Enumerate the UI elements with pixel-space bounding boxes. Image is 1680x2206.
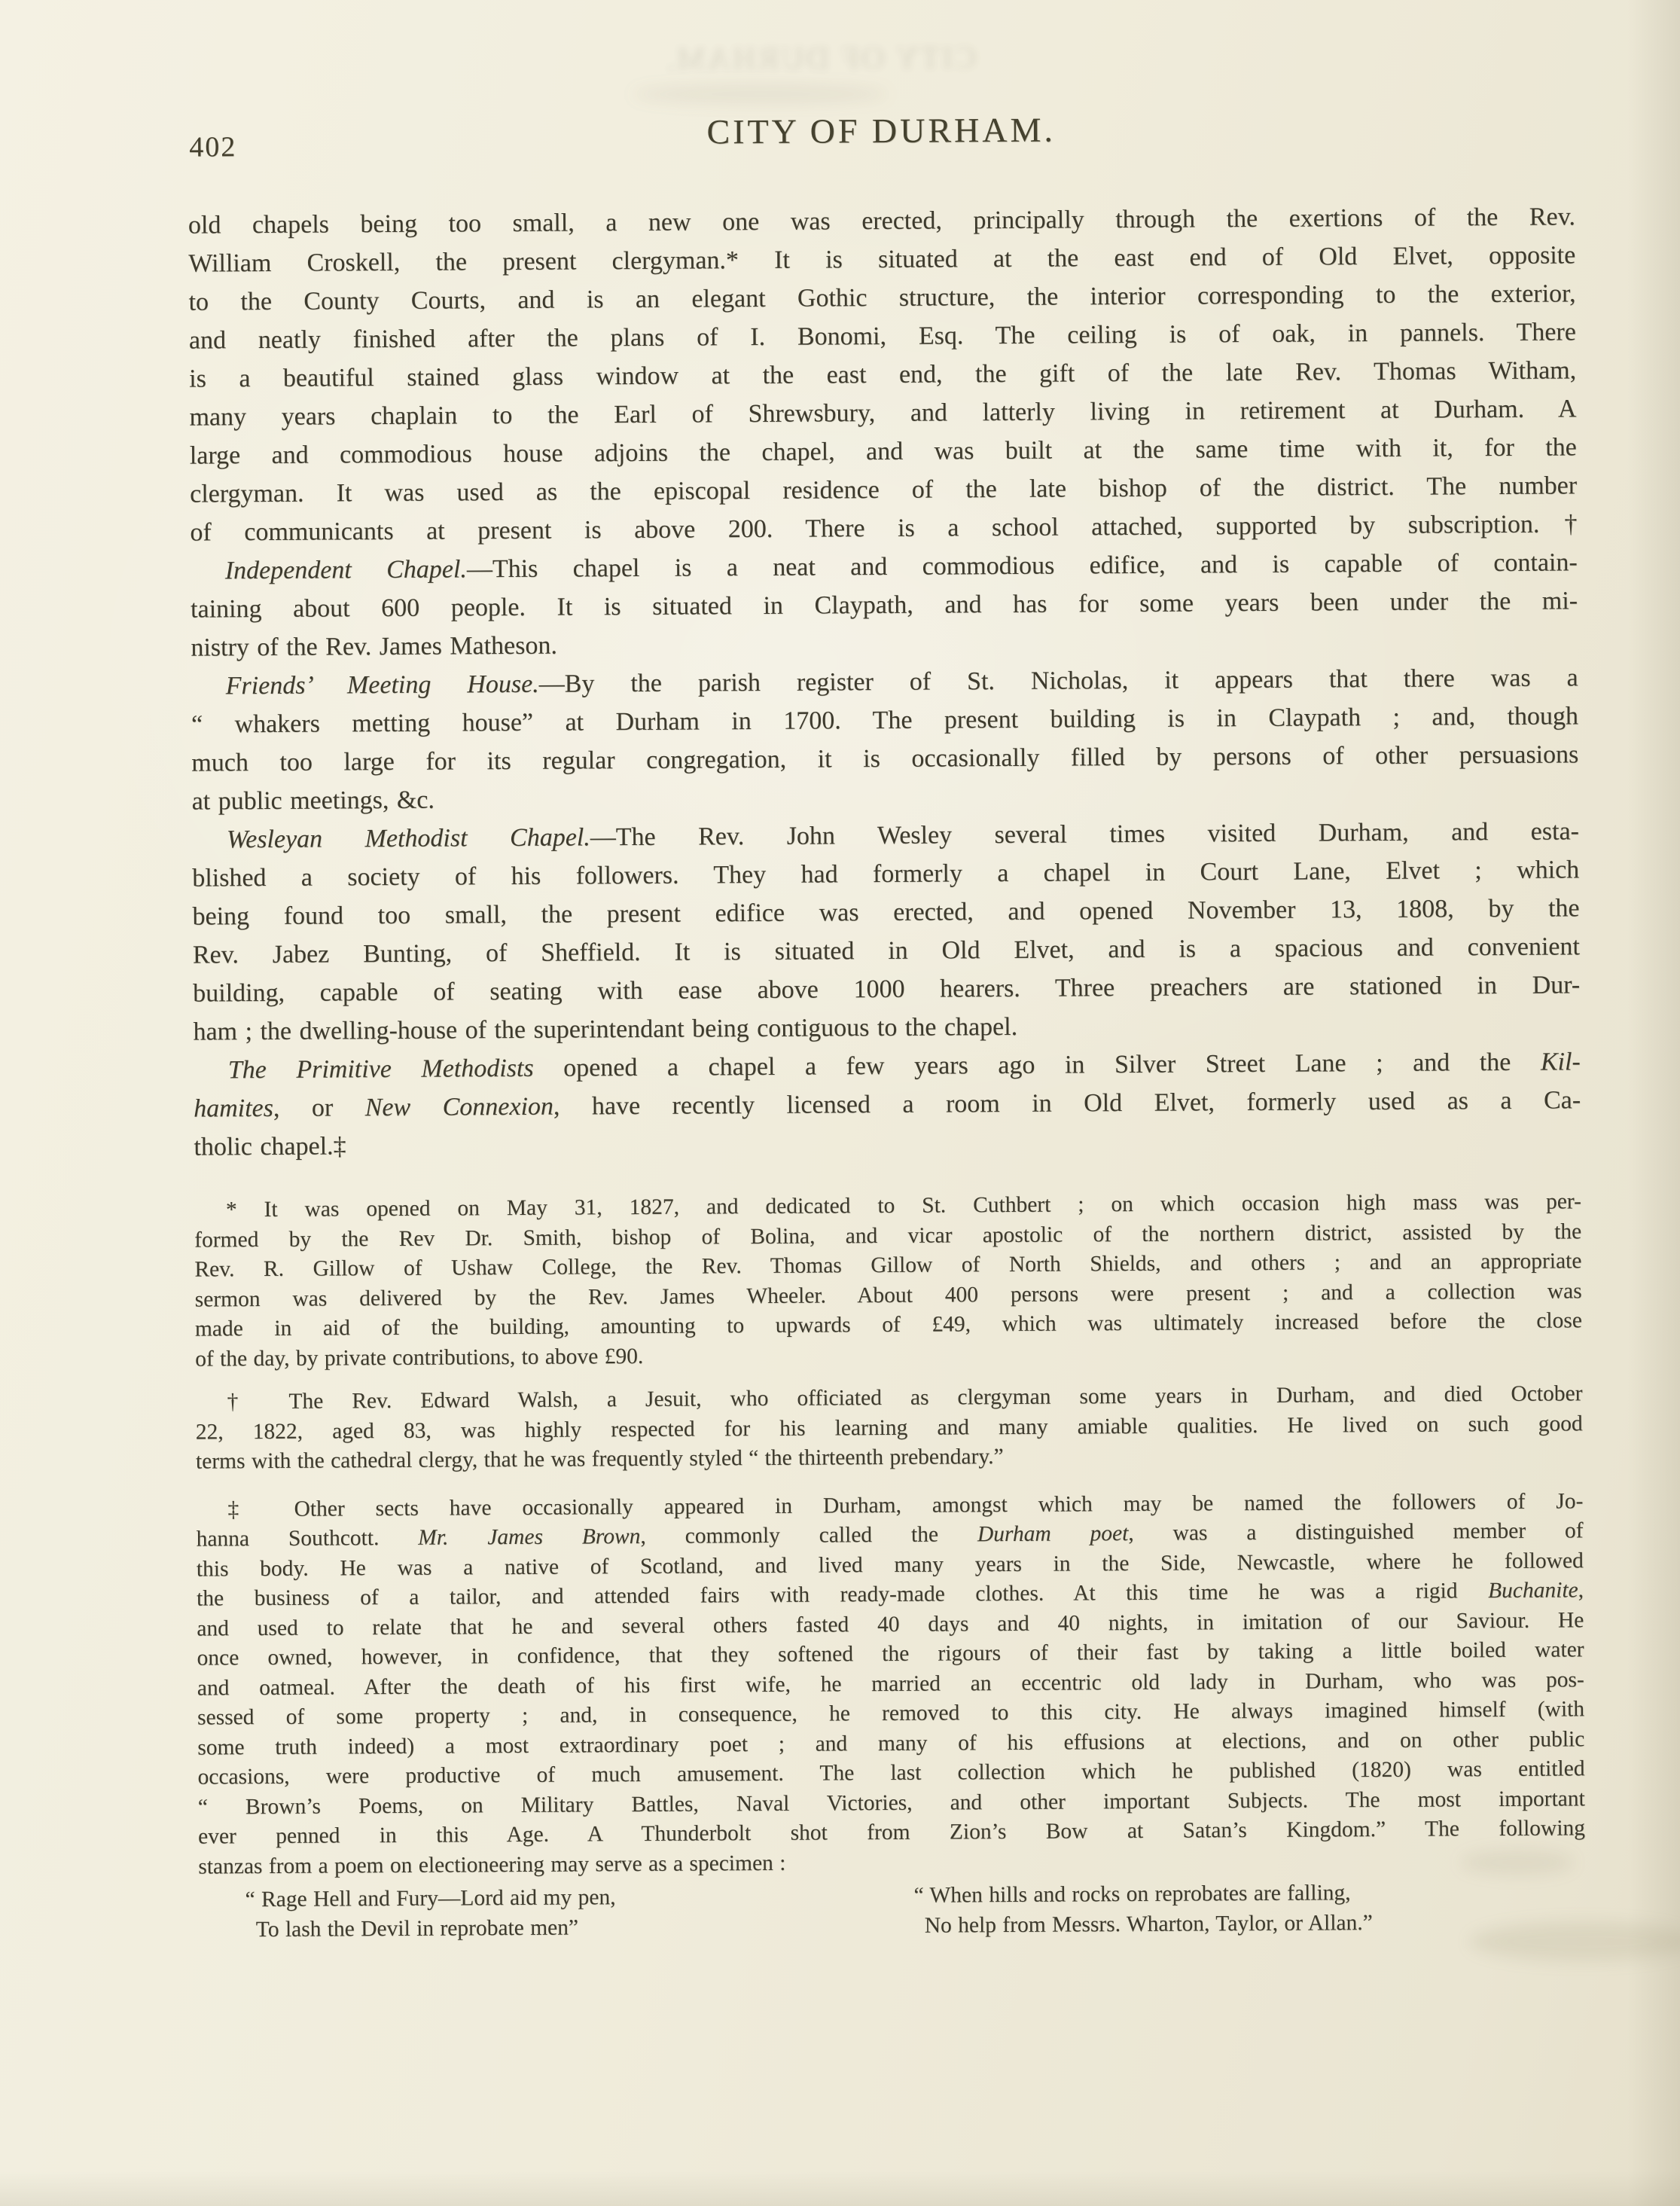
body-text: old chapels being too small, a new one w… <box>188 197 1581 1166</box>
page-content: CITY OF DURHAM. 402 CITY OF DURHAM. old … <box>187 0 1587 2206</box>
text-segment: , commonly called the <box>640 1522 977 1548</box>
verse-line: No help from Messrs. Wharton, Taylor, or… <box>914 1908 1373 1941</box>
text-segment: hanna Southcott. <box>197 1526 419 1552</box>
text-segment: , have recently licensed a room in Old E… <box>553 1086 1581 1120</box>
text-segment: sessed of some property ; and, in conseq… <box>197 1697 1584 1729</box>
text-segment: the business of a tailor, and attended f… <box>197 1579 1488 1610</box>
italic-text: Mr. James Brown <box>418 1524 640 1550</box>
italic-text: The Primitive Methodists <box>228 1054 534 1084</box>
text-segment: and neatly finished after the plans of I… <box>189 318 1576 354</box>
text-segment: of the day, by private contributions, to… <box>195 1344 643 1371</box>
text-segment: and oatmeal. After the death of his firs… <box>197 1667 1584 1700</box>
text-segment: —This chapel is a neat and commodious ed… <box>467 548 1578 583</box>
text-segment: to the County Courts, and is an elegant … <box>188 279 1575 316</box>
italic-text: hamites <box>194 1094 273 1123</box>
text-segment: 22, 1822, aged 83, was highly respected … <box>196 1411 1583 1444</box>
text-segment: many years chaplain to the Earl of Shrew… <box>189 395 1576 431</box>
text-segment: being found too small, the present edifi… <box>192 894 1579 930</box>
text-segment: clergyman. It was used as the episcopal … <box>190 471 1577 508</box>
verse-line: “ When hills and rocks on reprobates are… <box>913 1878 1372 1911</box>
text-segment: “ Brown’s Poems, on Military Battles, Na… <box>198 1786 1585 1819</box>
verse-line: “ Rage Hell and Fury—Lord aid my pen, <box>245 1882 615 1915</box>
verse-left-column: “ Rage Hell and Fury—Lord aid my pen,To … <box>245 1882 615 1945</box>
text-segment: William Croskell, the present clergyman.… <box>188 241 1575 277</box>
italic-text: Independent Chapel. <box>225 555 467 584</box>
page-title: CITY OF DURHAM. <box>188 107 1575 154</box>
body-paragraph: The Primitive Methodists opened a chapel… <box>194 1042 1581 1166</box>
verse-line: To lash the Devil in reprobate men” <box>245 1912 616 1945</box>
text-segment: † The Rev. Edward Walsh, a Jesuit, who o… <box>227 1381 1582 1414</box>
text-segment: Rev. Jabez Bunting, of Sheffield. It is … <box>193 932 1580 969</box>
text-segment: stanzas from a poem on electioneering ma… <box>198 1851 785 1878</box>
page-header: 402 CITY OF DURHAM. <box>188 107 1575 163</box>
text-segment: sermon was delivered by the Rev. James W… <box>195 1279 1582 1311</box>
text-segment: tholic chapel.‡ <box>194 1132 346 1161</box>
page-number: 402 <box>189 130 236 163</box>
text-segment: once owned, however, in confidence, that… <box>197 1637 1584 1670</box>
text-segment: occasions, were productive of much amuse… <box>197 1756 1584 1789</box>
text-segment: some truth indeed) a most extraordinary … <box>197 1727 1584 1759</box>
text-segment: blished a society of his followers. They… <box>192 856 1579 892</box>
italic-text: Wesleyan Methodist Chapel. <box>227 823 590 853</box>
italic-text: Friends’ Meeting House. <box>226 670 539 700</box>
text-segment: terms with the cathedral clergy, that he… <box>196 1445 1004 1474</box>
footnote: † The Rev. Edward Walsh, a Jesuit, who o… <box>195 1379 1583 1477</box>
text-segment: ‡ Other sects have occasionally appeared… <box>227 1489 1583 1521</box>
text-segment: ever penned in this Age. A Thunderbolt s… <box>198 1816 1585 1848</box>
text-segment: —The Rev. John Wesley several times visi… <box>590 817 1579 851</box>
body-paragraph: Friends’ Meeting House.—By the parish re… <box>191 658 1579 820</box>
text-segment: taining about 600 people. It is situated… <box>191 587 1578 623</box>
page-edge-shadow <box>1627 0 1680 2206</box>
italic-text: New Connexion <box>365 1093 553 1122</box>
text-segment: much too large for its regular congregat… <box>191 740 1578 777</box>
text-segment: nistry of the Rev. James Matheson. <box>191 632 557 662</box>
body-paragraph: old chapels being too small, a new one w… <box>188 197 1578 551</box>
text-segment: , <box>1578 1578 1584 1602</box>
italic-text: Kil- <box>1541 1048 1581 1076</box>
text-segment: made in aid of the building, amounting t… <box>195 1308 1582 1341</box>
text-segment: * It was opened on May 31, 1827, and ded… <box>226 1189 1581 1222</box>
text-segment: opened a chapel a few years ago in Silve… <box>534 1048 1541 1082</box>
verse-right-column: “ When hills and rocks on reprobates are… <box>913 1878 1372 1941</box>
text-segment: building, capable of seating with ease a… <box>193 971 1580 1007</box>
italic-text: Durham poet <box>977 1521 1129 1546</box>
text-segment: large and commodious house adjoins the c… <box>190 433 1577 469</box>
footnote: * It was opened on May 31, 1827, and ded… <box>194 1187 1582 1374</box>
body-paragraph: Wesleyan Methodist Chapel.—The Rev. John… <box>192 812 1581 1051</box>
text-segment: this body. He was a native of Scotland, … <box>197 1548 1584 1581</box>
footnote: ‡ Other sects have occasionally appeared… <box>196 1487 1585 1882</box>
text-segment: is a beautiful stained glass window at t… <box>189 356 1576 392</box>
text-segment: formed by the Rev Dr. Smith, bishop of B… <box>194 1219 1581 1252</box>
text-segment: , was a distinguished member of <box>1128 1518 1583 1545</box>
text-segment: Rev. R. Gillow of Ushaw College, the Rev… <box>194 1249 1581 1281</box>
text-segment: and used to relate that he and several o… <box>197 1608 1584 1640</box>
text-segment: at public meetings, &c. <box>192 786 435 816</box>
text-segment: “ whakers metting house” at Durham in 17… <box>191 702 1578 738</box>
show-through-ghost: CITY OF DURHAM. <box>188 37 1454 81</box>
text-segment: ham ; the dwelling-house of the superint… <box>193 1013 1017 1046</box>
text-segment: of communicants at present is above 200.… <box>190 510 1577 546</box>
italic-text: Buchanite <box>1488 1578 1578 1603</box>
text-segment: —By the parish register of St. Nicholas,… <box>539 664 1578 697</box>
body-paragraph: Independent Chapel.—This chapel is a nea… <box>191 543 1578 667</box>
scanned-book-page: CITY OF DURHAM. 402 CITY OF DURHAM. old … <box>0 0 1680 2206</box>
text-segment: , or <box>273 1094 365 1122</box>
text-segment: old chapels being too small, a new one w… <box>188 203 1575 239</box>
footnotes-section: * It was opened on May 31, 1827, and ded… <box>194 1187 1586 1957</box>
verse-stanzas: “ Rage Hell and Fury—Lord aid my pen,To … <box>198 1876 1586 1957</box>
